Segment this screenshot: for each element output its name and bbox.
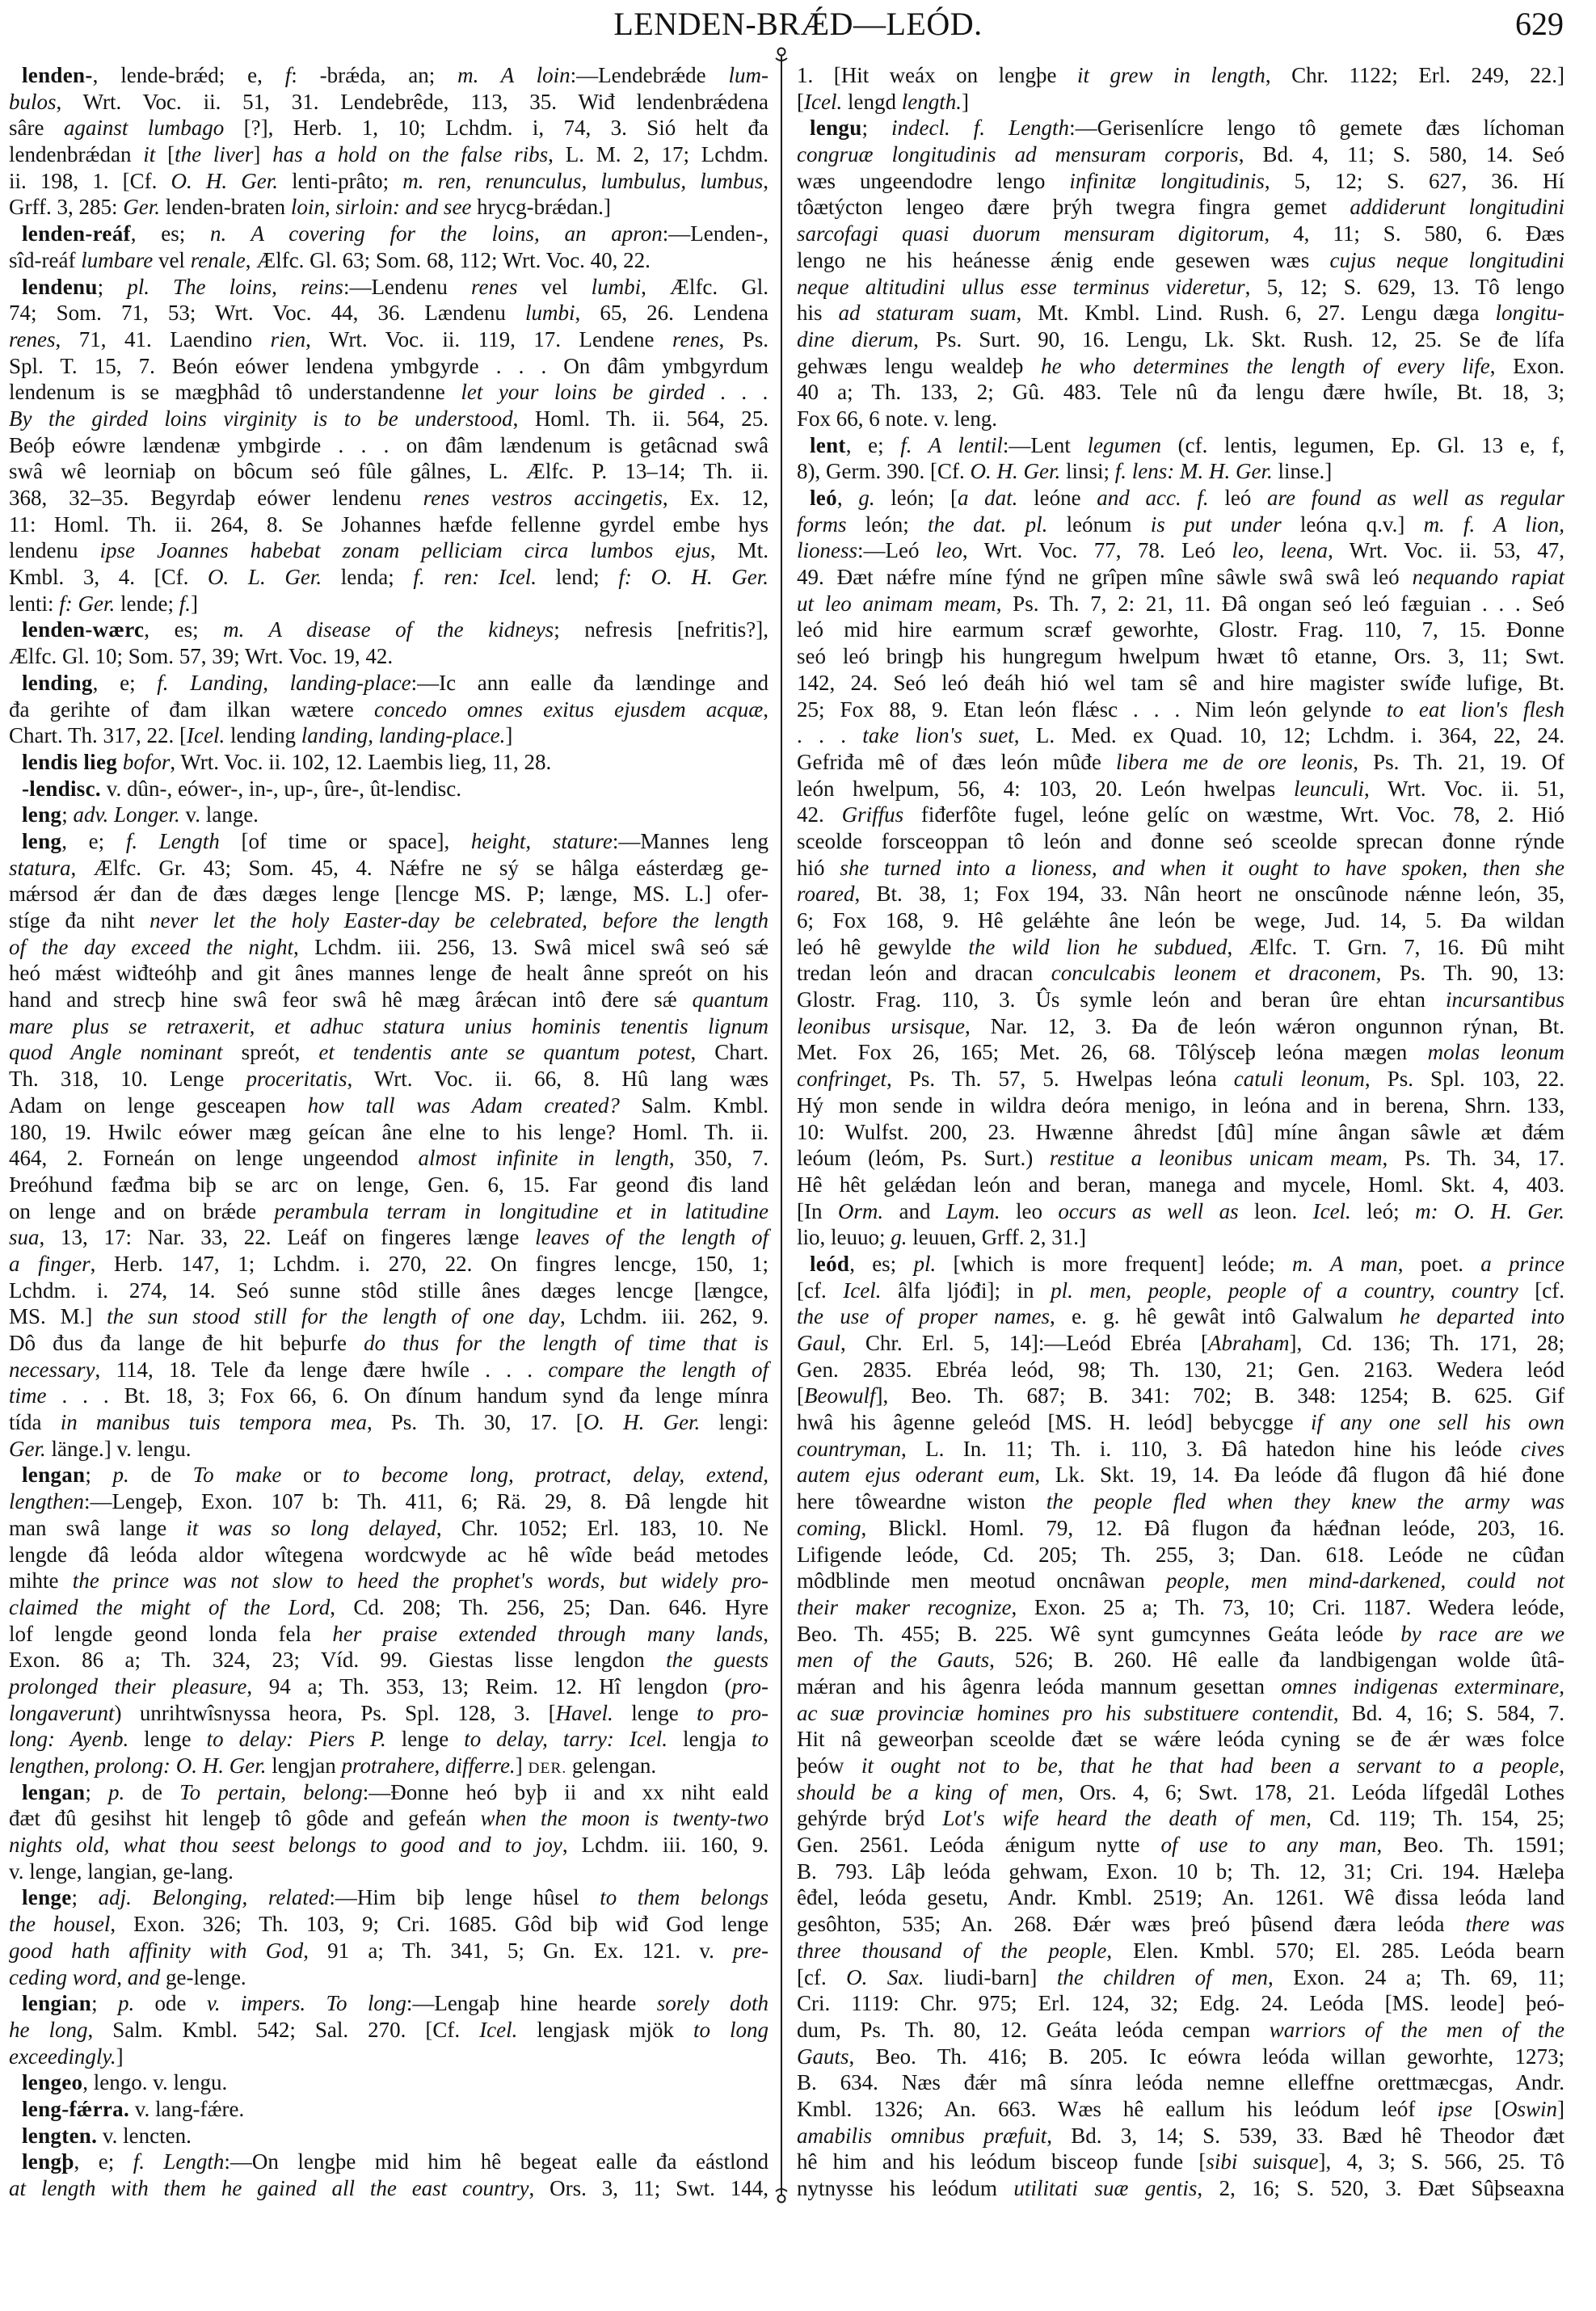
roman-text: liudi-barn] <box>924 1965 1057 1989</box>
roman-text: , L. In. 11; Th. i. 110, 3. Đâ hatedon h… <box>901 1437 1521 1461</box>
dictionary-entry: leng; adv. Longer. v. lange. <box>9 802 769 828</box>
italic-text: p. <box>108 1780 124 1804</box>
roman-text: 464, 2. Forneán on lenge ungeendod <box>9 1146 419 1170</box>
roman-text: , Chr. Erl. 5, 14]:—Leód Ebréa [ <box>840 1331 1208 1355</box>
italic-text: men of the Gauts <box>797 1648 989 1672</box>
roman-text: êđel, leóda gesetu, Andr. Kmbl. 2519; An… <box>797 1885 1564 1909</box>
roman-text: mǽrsod ǽr đan đe đæs dæges lenge [lencge… <box>9 882 769 906</box>
roman-text: , Chr. 1122; Erl. 249, 22.] <box>1265 63 1564 87</box>
text-line: lendenum is se mægþhâd tô understandenne… <box>9 379 769 406</box>
italic-text: it <box>143 142 155 166</box>
roman-text: 25; Fox 88, 9. Etan león flǽsc . . . Nim… <box>797 697 1387 722</box>
italic-text: at length with them he gained all the ea… <box>9 2176 529 2200</box>
italic-text: he departed into <box>1400 1304 1564 1328</box>
italic-text: how tall was Adam created? <box>308 1093 620 1118</box>
roman-text: , poet. <box>1398 1252 1480 1276</box>
roman-text: ] <box>516 1753 528 1778</box>
headword: lendis lieg <box>22 750 117 774</box>
roman-text: , Exon. 24 a; Th. 69, 11; <box>1268 1965 1564 1989</box>
roman-text: :—Đonne heó byþ ii and xx niht eald <box>363 1780 769 1804</box>
text-line: neque altitudini ullus esse terminus vid… <box>797 274 1564 301</box>
italic-text: molas leonum <box>1428 1040 1564 1064</box>
roman-text: , Wrt. Voc. ii. 51, <box>1364 777 1564 801</box>
italic-text: renale <box>191 248 246 272</box>
roman-text: v. dûn-, eówer-, in-, up-, ûre-, ût-lend… <box>101 777 461 801</box>
text-line: lenden-, lende-brǽd; e, f: -brǽda, an; m… <box>9 62 769 89</box>
roman-text: , Blickl. Homl. 79, 12. Đâ flugon đa hǽđ… <box>861 1516 1564 1540</box>
running-head-title: LENDEN-BRǼD—LEÓD. <box>0 5 1596 44</box>
italic-text: never let the holy Easter-day be celebra… <box>149 908 769 932</box>
roman-text: león hwelpum, 56, 4: 103, 20. León hwelp… <box>797 777 1294 801</box>
text-line: mare plus se retraxerit, et adhuc statur… <box>9 1013 769 1040</box>
text-line: hê him and his leódum bisceop funde [sib… <box>797 2149 1564 2175</box>
text-line: here tôweardne wiston the people fled wh… <box>797 1488 1564 1515</box>
italic-text: almost infinite in length <box>419 1146 669 1170</box>
italic-text: bofor <box>123 750 171 774</box>
left-column: lenden-, lende-brǽd; e, f: -brǽda, an; m… <box>9 62 769 2202</box>
italic-text: congruæ longitudinis ad mensuram corpori… <box>797 142 1239 166</box>
italic-text: necessary <box>9 1358 95 1382</box>
text-line: Gen. 2561. Leóda ǽnigum nytte of use to … <box>797 1832 1564 1858</box>
text-line: Th. 318, 10. Lenge proceritatis, Wrt. Vo… <box>9 1066 769 1092</box>
printer-mark-icon <box>773 47 790 69</box>
roman-text: on lenge and on brǽde <box>9 1199 274 1223</box>
italic-text: it grew in length <box>1077 63 1265 87</box>
roman-text: Cri. 1119: Chr. 975; Erl. 124, 32; Edg. … <box>797 1991 1564 2015</box>
italic-text: nequando rapiat <box>1413 565 1564 589</box>
roman-text: v. lencten. <box>97 2124 192 2148</box>
roman-text: de <box>124 1780 179 1804</box>
roman-text: , Exon. 25 a; Th. 73, 10; Cri. 1187. Wed… <box>1012 1595 1564 1619</box>
text-line: 11: Homl. Th. ii. 264, 8. Se Johannes hæ… <box>9 511 769 538</box>
text-line: leng, e; f. Length [of time or space], h… <box>9 828 769 855</box>
headword: lending <box>22 671 93 695</box>
roman-text: nytnysse his leódum <box>797 2176 1013 2200</box>
text-line: 8), Germ. 390. [Cf. O. H. Ger. linsi; f.… <box>797 458 1564 485</box>
italic-text: Laym. <box>946 1199 1000 1223</box>
headword: -lendisc. <box>22 777 101 801</box>
text-line: hwâ his âgenne geleód [MS. H. leód] beby… <box>797 1409 1564 1436</box>
italic-text: a prince <box>1480 1252 1564 1276</box>
italic-text: the use of proper names <box>797 1304 1050 1328</box>
italic-text: has a hold on the false ribs <box>272 142 548 166</box>
roman-text: , Ors. 4, 6; Swt. 178, 21. Leóda lífgedâ… <box>1058 1780 1564 1804</box>
italic-text: perambula terram in longitudine et in la… <box>274 1199 769 1223</box>
text-line: leonibus ursisque, Nar. 12, 3. Đa đe leó… <box>797 1013 1564 1040</box>
roman-text: , 13, 17: Nar. 33, 22. Leáf on fingeres … <box>40 1225 536 1249</box>
roman-text: :—Lenden-, <box>663 221 769 246</box>
roman-text: , 65, 26. Lendena <box>575 301 769 325</box>
roman-text: , Wrt. Voc. ii. 66, 8. Hû lang wæs <box>347 1067 769 1091</box>
italic-text: of the day exceed the night <box>9 935 293 959</box>
roman-text: , e; <box>61 829 126 853</box>
text-line: he long, Salm. Kmbl. 542; Sal. 270. [Cf.… <box>9 2017 769 2044</box>
italic-text: restitue a leonibus unicam meam <box>1050 1146 1383 1170</box>
italic-text: leaves of the length of <box>535 1225 769 1249</box>
roman-text: gelengan. <box>566 1753 656 1778</box>
roman-text: v. lange. <box>180 802 259 827</box>
italic-text: f. Length <box>126 829 220 853</box>
text-line: tída in manibus tuis tempora mea, Ps. Th… <box>9 1409 769 1436</box>
text-line: 10: Wulfst. 200, 23. Hwænne âhredst [đû]… <box>797 1119 1564 1146</box>
roman-text: lof lengde geond londa fela <box>9 1622 332 1646</box>
roman-text: , Lchdm. iii. 160, 9. <box>562 1833 769 1857</box>
roman-text: and <box>883 1199 946 1223</box>
text-line: lengo ne his heánesse ǽnig ende gesewen … <box>797 247 1564 274</box>
text-line: roared, Bt. 38, 1; Fox 194, 33. Nân heor… <box>797 881 1564 907</box>
text-line: mǽrsod ǽr đan đe đæs dæges lenge [lencge… <box>9 881 769 907</box>
roman-text: đa gerihte of đam ilkan wætere <box>9 697 374 722</box>
text-line: . . . take lion's suet, L. Med. ex Quad.… <box>797 722 1564 749</box>
roman-text: wæs ungeendodre lengo <box>797 169 1069 193</box>
italic-text: Ger. <box>9 1437 46 1461</box>
italic-text: lioness <box>797 538 857 562</box>
roman-text: [ <box>797 90 804 114</box>
roman-text: lenge <box>128 1727 206 1751</box>
italic-text: good hath affinity with God <box>9 1938 303 1963</box>
roman-text: [ <box>797 1383 804 1408</box>
headword: leng-fǽrra. <box>22 2097 129 2121</box>
text-line: Beo. Th. 455; B. 225. Wê synt gumcynnes … <box>797 1621 1564 1648</box>
roman-text: man swâ lange <box>9 1516 186 1540</box>
roman-text: , Ps. Spl. 103, 22. <box>1365 1067 1564 1091</box>
text-line: swâ wê leorniaþ on bôcum seó fûle gâlnes… <box>9 458 769 485</box>
italic-text: utilitati suæ gentis <box>1013 2176 1197 2200</box>
roman-text: ] <box>1557 2097 1564 2121</box>
dictionary-entry: lengeo, lengo. v. lengu. <box>9 2069 769 2096</box>
roman-text: v. lenge, langian, ge-lang. <box>9 1859 234 1884</box>
text-line: leó hê gewylde the wild lion he subdued,… <box>797 934 1564 961</box>
italic-text: longaverunt <box>9 1701 114 1725</box>
headword: lenden-wærc <box>22 617 144 642</box>
roman-text: hió <box>797 856 840 880</box>
roman-text: , Lk. Skt. 19, 14. Đa leóde đâ flugon đâ… <box>1034 1463 1564 1487</box>
text-line: [cf. Icel. âlfa ljóđi]; in pl. men, peop… <box>797 1278 1564 1304</box>
text-line: Gaul, Chr. Erl. 5, 14]:—Leód Ebréa [Abra… <box>797 1330 1564 1357</box>
italic-text: lum- <box>729 63 769 87</box>
italic-text: long: Ayenb. <box>9 1727 128 1751</box>
dictionary-entry: lendis lieg bofor, Wrt. Voc. ii. 102, 12… <box>9 749 769 776</box>
roman-text: âlfa ljóđi]; in <box>881 1278 1051 1303</box>
italic-text: and acc. f. <box>1097 486 1208 510</box>
roman-text: , L. Med. ex Quad. 10, 12; Lchdm. i. 364… <box>1014 723 1564 747</box>
roman-text: , Ps. Th. 90, 13: <box>1376 961 1564 985</box>
headword: lengeo <box>22 2070 82 2094</box>
text-line: dum, Ps. Th. 80, 12. Geáta leóda cempan … <box>797 2017 1564 2044</box>
italic-text: it was so long delayed <box>186 1516 436 1540</box>
italic-text: f. Length <box>133 2149 225 2174</box>
italic-text: quantum <box>693 987 769 1012</box>
text-line: lenti: f: Ger. lende; f.] <box>9 591 769 617</box>
roman-text: tôætýcton lengeo đære þrýh twegra fingra… <box>797 195 1350 219</box>
text-line: 180, 19. Hwilc eówer mæg geícan âne elne… <box>9 1119 769 1146</box>
text-line: Gen. 2835. Ebréa leód, 98; Th. 130, 21; … <box>797 1357 1564 1383</box>
roman-text: , Ælfc. Gr. 43; Som. 45, 4. Nǽfre ne sý … <box>71 856 769 880</box>
roman-text: tída <box>9 1410 61 1434</box>
roman-text: :—On lengþe mid him hê begeat ealle đa e… <box>224 2149 769 2174</box>
italic-text: O. H. Ger. <box>970 459 1060 483</box>
text-line: lengthen, prolong: O. H. Ger. lengjan pr… <box>9 1753 769 1779</box>
italic-text: the wild lion he subdued <box>968 935 1227 959</box>
dictionary-entry: lenge; adj. Belonging, related:—Him biþ … <box>9 1884 769 1990</box>
text-line: Fox 66, 6 note. v. leng. <box>797 406 1564 432</box>
roman-text: , 114, 18. Tele đa lenge đære hwíle . . … <box>95 1358 548 1382</box>
roman-text: leóum (leóm, Ps. Surt.) <box>797 1146 1050 1170</box>
italic-text: cujus neque longitudini <box>1330 248 1565 272</box>
roman-text: lengi: <box>700 1410 769 1434</box>
italic-text: sibi suisque <box>1206 2149 1318 2174</box>
italic-text: Orm. <box>838 1199 883 1223</box>
roman-text: , Nar. 12, 3. Đa đe león wǽron ongunnon … <box>965 1014 1564 1038</box>
italic-text: exceedingly. <box>9 2044 116 2069</box>
roman-text: , es; <box>131 221 210 246</box>
roman-text: 8), Germ. 390. [Cf. <box>797 459 970 483</box>
text-line: 6; Fox 168, 9. Hê gelǽhte âne león be we… <box>797 907 1564 934</box>
italic-text: lumbare <box>81 248 153 272</box>
italic-text: Lot's wife heard the death of men <box>942 1806 1306 1830</box>
roman-text: 40 a; Th. 133, 2; Gû. 483. Tele nû đa le… <box>797 380 1564 404</box>
text-line: autem ejus oderant eum, Lk. Skt. 19, 14.… <box>797 1462 1564 1488</box>
roman-text: 11: Homl. Th. ii. 264, 8. Se Johannes hæ… <box>9 512 769 537</box>
text-line: tôætýcton lengeo đære þrýh twegra fingra… <box>797 194 1564 221</box>
roman-text: ; <box>862 116 892 140</box>
text-line: exceedingly.] <box>9 2044 769 2070</box>
italic-text: loin, sirloin: and see <box>291 195 472 219</box>
italic-text: v. impers. To long <box>207 1991 406 2015</box>
roman-text: þeów <box>797 1753 861 1778</box>
italic-text: lengthen, prolong: O. H. Ger. <box>9 1753 266 1778</box>
italic-text: when the moon is twenty-two <box>480 1806 769 1830</box>
roman-text: , Ps. Surt. 90, 16. Lengu, Lk. Skt. Rush… <box>913 327 1564 351</box>
roman-text: leó <box>1209 486 1267 510</box>
roman-text: lendenbrǽdan <box>9 142 143 166</box>
text-line: Lifigende leóde, Cd. 205; Th. 255, 3; Da… <box>797 1542 1564 1568</box>
roman-text: , Bd. 4, 16; S. 584, 7. <box>1333 1701 1564 1725</box>
italic-text: pl. men, people, people of a country, co… <box>1051 1278 1518 1303</box>
text-line: leng; adv. Longer. v. lange. <box>9 802 769 828</box>
text-line: Adam on lenge gesceapen how tall was Ada… <box>9 1092 769 1119</box>
italic-text: her praise extended through many lands <box>332 1622 763 1646</box>
italic-text: compare the length of <box>548 1358 769 1382</box>
roman-text: Þreóhund fæđma biþ se arc on lenge, Gen.… <box>9 1172 769 1197</box>
roman-text: :—Lendenu <box>343 275 471 299</box>
dictionary-entry: lent, e; f. A lentil:—Lent legumen (cf. … <box>797 432 1564 485</box>
roman-text: , Ps. <box>718 327 769 351</box>
italic-text: their maker recognize <box>797 1595 1012 1619</box>
roman-text: ] <box>962 90 969 114</box>
roman-text: Dô đus đa lange đe hit beþurfe <box>9 1331 364 1355</box>
text-line: Grff. 3, 285: Ger. lenden-braten loin, s… <box>9 194 769 221</box>
roman-text: [ <box>155 142 175 166</box>
roman-text: :—Ic ann ealle đa lændinge and <box>411 671 769 695</box>
roman-text: leóna q.v.] <box>1282 512 1424 537</box>
italic-text: is put under <box>1151 512 1282 537</box>
italic-text: ipse Joannes habebat zonam pelliciam cir… <box>100 538 710 562</box>
roman-text: vel <box>153 248 191 272</box>
roman-text: Lifigende leóde, Cd. 205; Th. 255, 3; Da… <box>797 1543 1564 1567</box>
roman-text: , Ex. 12, <box>663 486 769 510</box>
roman-text: Hê hêt gelǽdan león and beran, manega an… <box>797 1172 1564 1197</box>
italic-text: f. lens: M. H. Ger. <box>1115 459 1273 483</box>
italic-text: Oswin <box>1501 2097 1557 2121</box>
dictionary-entry: lengan; p. de To make or to become long,… <box>9 1462 769 1779</box>
text-line: claimed the might of the Lord, Cd. 208; … <box>9 1594 769 1621</box>
roman-text: . . . <box>797 723 862 747</box>
roman-text: , Cd. 208; Th. 256, 25; Dan. 646. Hyre <box>330 1595 769 1619</box>
text-line: three thousand of the people, Elen. Kmbl… <box>797 1938 1564 1964</box>
roman-text: tredan león and dracan <box>797 961 1051 985</box>
text-line: 464, 2. Forneán on lenge ungeendod almos… <box>9 1145 769 1172</box>
roman-text: , Ps. Th. 34, 17. <box>1383 1146 1564 1170</box>
italic-text: omnes indigenas exterminare, <box>1281 1674 1564 1699</box>
italic-text: p. <box>113 1463 129 1487</box>
text-line: dine dierum, Ps. Surt. 90, 16. Lengu, Lk… <box>797 326 1564 353</box>
headword: lengan <box>22 1780 85 1804</box>
roman-text: or <box>281 1463 343 1487</box>
roman-text: , 4, 11; S. 580, 6. Đæs <box>1264 221 1564 246</box>
roman-text: lenge <box>613 1701 697 1725</box>
roman-text: lenge <box>386 1727 464 1751</box>
italic-text: Abraham <box>1208 1331 1290 1355</box>
roman-text <box>117 750 123 774</box>
roman-text: . . . Bt. 18, 3; Fox 66, 6. On đínum han… <box>47 1383 769 1408</box>
text-line: seó leó bringþ his hungregum hwelpum hwæ… <box>797 643 1564 670</box>
italic-text: To make <box>193 1463 282 1487</box>
italic-text: Icel. <box>479 2018 517 2042</box>
roman-text: ; <box>72 1885 99 1909</box>
text-line: lengeo, lengo. v. lengu. <box>9 2069 769 2096</box>
italic-text: Gauts <box>797 2044 849 2069</box>
roman-text: v. lang-fǽre. <box>129 2097 244 2121</box>
column-divider <box>781 69 782 2187</box>
italic-text: longitu- <box>1496 301 1565 325</box>
roman-text: Ælfc. Gl. 10; Som. 57, 39; Wrt. Voc. 19,… <box>9 644 393 668</box>
roman-text: Adam on lenge gesceapen <box>9 1093 308 1118</box>
text-line: the housel, Exon. 326; Th. 103, 9; Cri. … <box>9 1911 769 1938</box>
italic-text: rien <box>271 327 306 351</box>
headword: lenden-reáf <box>22 221 131 246</box>
roman-text: ], 4, 3; S. 566, 25. Tô <box>1319 2149 1564 2174</box>
roman-text: lenden-braten <box>160 195 291 219</box>
roman-text: hê him and his leódum bisceop funde [ <box>797 2149 1206 2174</box>
roman-text: hrycg-brǽdan.] <box>471 195 610 219</box>
text-line: man swâ lange it was so long delayed, Ch… <box>9 1515 769 1542</box>
roman-text: ) unrihtwîsnyssa heora, Ps. Spl. 128, 3.… <box>114 1701 555 1725</box>
roman-text: Kmbl. 1326; An. 663. Wæs hê eallum his l… <box>797 2097 1437 2121</box>
roman-text: leó hê gewylde <box>797 935 968 959</box>
text-line: necessary, 114, 18. Tele đa lenge đære h… <box>9 1357 769 1383</box>
roman-text: stíge đa niht <box>9 908 149 932</box>
text-line: lengan; p. de To make or to become long,… <box>9 1462 769 1488</box>
italic-text: m. ren, renunculus, lumbulus, lumbus <box>402 169 763 193</box>
italic-text: Icel. <box>1313 1199 1351 1223</box>
italic-text: take lion's suet <box>862 723 1013 747</box>
dictionary-entry: lengian; p. ode v. impers. To long:—Leng… <box>9 1990 769 2069</box>
text-line: his ad staturam suam, Mt. Kmbl. Lind. Ru… <box>797 300 1564 326</box>
text-line: statura, Ælfc. Gr. 43; Som. 45, 4. Nǽfre… <box>9 855 769 882</box>
italic-text: in manibus tuis tempora mea <box>61 1410 367 1434</box>
roman-text: , Lchdm. iii. 262, 9. <box>560 1304 769 1328</box>
italic-text: the guests <box>666 1648 769 1672</box>
dictionary-entry: lengten. v. lencten. <box>9 2123 769 2149</box>
roman-text: , e; <box>93 671 158 695</box>
roman-text: , Salm. Kmbl. 542; Sal. 270. [Cf. <box>88 2018 480 2042</box>
italic-text: ut leo animam meam <box>797 591 996 616</box>
dictionary-entry: lending, e; f. Landing, landing-place:—I… <box>9 670 769 749</box>
roman-text: gesôhton, 535; An. 268. Đǽr wæs þreó þûs… <box>797 1912 1466 1936</box>
italic-text: the liver <box>175 142 253 166</box>
text-line: MS. M.] the sun stood still for the leng… <box>9 1303 769 1330</box>
roman-text: [?], Herb. 1, 10; Lchdm. i, 74, 3. Sió h… <box>224 116 769 140</box>
italic-text: n. A covering for the loins, an apron <box>210 221 663 246</box>
roman-text: lenti: <box>9 591 59 616</box>
roman-text: lio, leuuo; <box>797 1225 891 1249</box>
roman-text: lendenu <box>9 538 100 562</box>
roman-text: ii. 198, 1. [Cf. <box>9 169 171 193</box>
roman-text: , Wrt. Voc. ii. 53, 47, <box>1328 538 1564 562</box>
roman-text: Met. Fox 26, 165; Met. 26, 68. Tôlýsceþ … <box>797 1040 1428 1064</box>
roman-text: lengde đâ leóda aldor wîtegena wordcwyde… <box>9 1543 769 1567</box>
roman-text: de <box>129 1463 193 1487</box>
text-line: lioness:—Leó leo, Wrt. Voc. 77, 78. Leó … <box>797 537 1564 564</box>
text-line: lenden-wærc, es; m. A disease of the kid… <box>9 617 769 643</box>
printer-mark-icon <box>773 2182 790 2204</box>
italic-text: the people fled when they knew the army … <box>1046 1489 1564 1513</box>
roman-text: :—Lengeþ, Exon. 107 b: Th. 411, 6; Rä. 2… <box>84 1489 769 1513</box>
italic-text: ipse <box>1437 2097 1472 2121</box>
roman-text: Hý mon sende in wildra deóra menigo, in … <box>797 1093 1564 1118</box>
italic-text: it ought not to be, that he that had bee… <box>861 1753 1564 1778</box>
roman-text: , <box>763 169 769 193</box>
roman-text: :—Mannes leng <box>613 829 769 853</box>
roman-text: 42. <box>797 802 842 827</box>
headword: lengþ <box>22 2149 74 2174</box>
text-line: leód, es; pl. [which is more frequent] l… <box>797 1251 1564 1278</box>
roman-text: sîd-reáf <box>9 248 81 272</box>
text-line: amabilis omnibus præfuit, Bd. 3, 14; S. … <box>797 2123 1564 2149</box>
roman-text: , Ps. Th. 57, 5. Hwelpas leóna <box>886 1067 1234 1091</box>
roman-text: Chart. Th. 317, 22. [ <box>9 723 187 747</box>
roman-text: lenti-prâto; <box>278 169 402 193</box>
roman-text: , e; <box>74 2149 133 2174</box>
italic-text: O. Sax. <box>846 1965 924 1989</box>
roman-text: [In <box>797 1199 838 1223</box>
roman-text: ] <box>116 2044 124 2069</box>
italic-text: f. <box>179 591 191 616</box>
italic-text: time <box>9 1383 47 1408</box>
italic-text: people, men mind-darkened, could not <box>1166 1568 1564 1593</box>
text-line: ii. 198, 1. [Cf. O. H. Ger. lenti-prâto;… <box>9 168 769 195</box>
roman-text: gehýrde brýd <box>797 1806 942 1830</box>
italic-text: three thousand of the people <box>797 1938 1106 1963</box>
roman-text: ge-lenge. <box>160 1965 246 1989</box>
text-line: [Beowulf], Beo. Th. 687; B. 341: 702; B.… <box>797 1383 1564 1409</box>
italic-text: m. A disease of the kidneys <box>223 617 554 642</box>
text-line: lending, e; f. Landing, landing-place:—I… <box>9 670 769 697</box>
text-line: þeów it ought not to be, that he that ha… <box>797 1753 1564 1779</box>
text-line: [Icel. lengd length.] <box>797 89 1564 116</box>
italic-text: to long <box>693 2018 769 2042</box>
text-line: sîd-reáf lumbare vel renale, Ælfc. Gl. 6… <box>9 247 769 274</box>
roman-text: [cf. <box>797 1278 843 1303</box>
roman-text: lengd <box>842 90 902 114</box>
dictionary-entry: lengan; p. de To pertain, belong:—Đonne … <box>9 1779 769 1885</box>
headword: lenden- <box>22 63 93 87</box>
text-line: Kmbl. 3, 4. [Cf. O. L. Ger. lenda; f. re… <box>9 564 769 591</box>
italic-text: ceding word, and <box>9 1965 160 1989</box>
roman-text: lendenum is se mægþhâd tô understandenne <box>9 380 461 404</box>
text-line: hand and strecþ hine swâ feor swâ hê mæg… <box>9 987 769 1013</box>
